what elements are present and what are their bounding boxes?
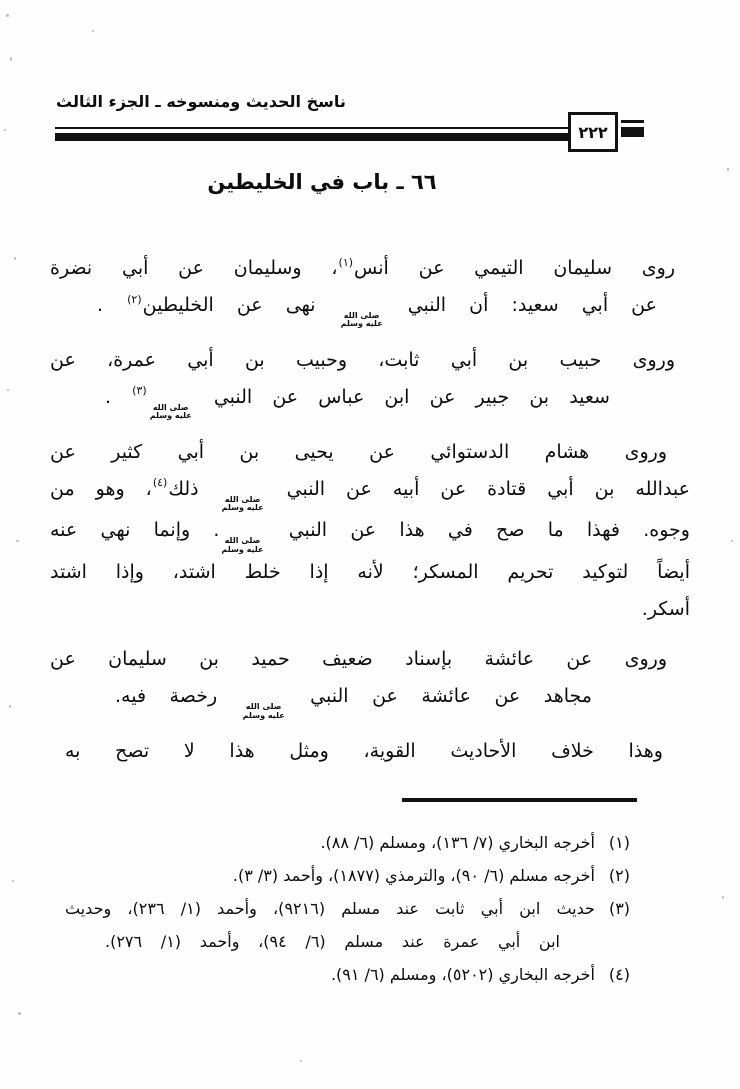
scan-speck <box>12 880 14 882</box>
text-line: أيضاً لتوكيد تحريم المسكر؛ لأنه إذا خلط … <box>50 554 690 591</box>
text-line: سعيد بن جبير عن ابن عباس عن النبي صلى ال… <box>50 379 690 421</box>
page-number-box: ٢٢٢ <box>568 112 618 152</box>
scan-speck <box>731 540 733 542</box>
scan-speck <box>10 57 12 61</box>
header-dash-thick <box>621 127 644 137</box>
salawat-line: عليه وسلم <box>150 412 192 420</box>
footnote-ref: (١) <box>339 256 354 269</box>
salawat-emblem: صلى اللهعليه وسلم <box>221 537 263 554</box>
salawat-emblem: صلى اللهعليه وسلم <box>243 703 285 720</box>
text-line: وجوه. فهذا ما صح في هذا عن النبي صلى الل… <box>50 512 690 554</box>
chapter-title: ٦٦ ـ باب في الخليطين <box>55 170 589 194</box>
salawat-emblem: صلى اللهعليه وسلم <box>222 496 264 513</box>
footnote-ref: (٣) <box>132 384 147 397</box>
text-line: أسكر. <box>50 591 690 628</box>
footnotes: (١)أخرجه البخاري (٧/ ١٣٦)، ومسلم (٦/ ٨٨)… <box>50 826 630 991</box>
footnote: (٣)حديث ابن أبي ثابت عند مسلم (٩٢١٦)، وأ… <box>50 892 630 958</box>
footnote-ref: (٢) <box>127 293 142 306</box>
paragraph: وهذا خلاف الأحاديث القوية، ومثل هذا لا ت… <box>50 733 690 770</box>
page-number: ٢٢٢ <box>578 123 607 142</box>
footnote: (١)أخرجه البخاري (٧/ ١٣٦)، ومسلم (٦/ ٨٨)… <box>50 826 630 859</box>
paragraph: روى سليمان التيمي عن أنس(١)، وسليمان عن … <box>50 250 690 329</box>
scan-speck <box>92 30 94 32</box>
scan-speck <box>9 705 11 708</box>
footnote-line: (١)أخرجه البخاري (٧/ ١٣٦)، ومسلم (٦/ ٨٨)… <box>50 826 630 859</box>
text-line: وروى هشام الدستوائي عن يحيى بن أبي كثير … <box>50 434 690 471</box>
scan-speck <box>7 389 9 391</box>
salawat-line: عليه وسلم <box>243 712 285 720</box>
footnote-separator <box>402 798 637 802</box>
footnote-marker: (٢) <box>609 866 630 885</box>
footnote: (٢)أخرجه مسلم (٦/ ٩٠)، والترمذي (١٨٧٧)، … <box>50 859 630 892</box>
body-text: روى سليمان التيمي عن أنس(١)، وسليمان عن … <box>50 250 690 783</box>
paragraph: وروى عن عائشة بإسناد ضعيف حميد بن سليمان… <box>50 641 690 720</box>
salawat-line: عليه وسلم <box>222 504 264 512</box>
footnote-ref: (٤) <box>153 476 168 489</box>
text-line: وروى عن عائشة بإسناد ضعيف حميد بن سليمان… <box>50 641 690 678</box>
text-line: مجاهد عن عائشة عن النبي صلى اللهعليه وسل… <box>50 678 690 720</box>
footnote-line: (٤)أخرجه البخاري (٥٢٠٢)، ومسلم (٦/ ٩١). <box>50 958 630 991</box>
header-rule-thick <box>55 133 568 141</box>
scan-speck <box>14 257 16 260</box>
salawat-line: عليه وسلم <box>341 320 383 328</box>
scan-speck <box>18 1012 21 1015</box>
footnote: (٤)أخرجه البخاري (٥٢٠٢)، ومسلم (٦/ ٩١). <box>50 958 630 991</box>
running-title: ناسخ الحديث ومنسوخه ـ الجزء الثالث <box>56 92 346 111</box>
paragraph: وروى حبيب بن أبي ثابت، وحبيب بن أبي عمرة… <box>50 342 690 421</box>
footnote-line: ابن أبي عمرة عند مسلم (٦/ ٩٤)، وأحمد (١/… <box>50 925 630 958</box>
footnote-line: (٣)حديث ابن أبي ثابت عند مسلم (٩٢١٦)، وأ… <box>50 892 630 925</box>
scan-speck <box>4 129 6 131</box>
scan-speck <box>16 540 19 542</box>
text-line: عن أبي سعيد: أن النبي صلى اللهعليه وسلم … <box>50 287 690 329</box>
paragraph: وروى هشام الدستوائي عن يحيى بن أبي كثير … <box>50 434 690 629</box>
footnote-marker: (١) <box>609 833 630 852</box>
footnote-marker: (٣) <box>609 899 630 918</box>
book-page: ناسخ الحديث ومنسوخه ـ الجزء الثالث ٢٢٢ ٦… <box>0 0 740 1089</box>
scan-speck <box>722 896 724 899</box>
scan-speck <box>727 168 729 171</box>
salawat-emblem: صلى اللهعليه وسلم <box>341 312 383 329</box>
text-line: وروى حبيب بن أبي ثابت، وحبيب بن أبي عمرة… <box>50 342 690 379</box>
salawat-emblem: صلى اللهعليه وسلم <box>150 404 192 421</box>
footnote-marker: (٤) <box>609 965 630 984</box>
scan-speck <box>300 1060 302 1062</box>
text-line: وهذا خلاف الأحاديث القوية، ومثل هذا لا ت… <box>50 733 690 770</box>
footnote-line: (٢)أخرجه مسلم (٦/ ٩٠)، والترمذي (١٨٧٧)، … <box>50 859 630 892</box>
header-rule-thin <box>55 127 568 129</box>
scan-speck <box>6 14 9 17</box>
text-line: عبدالله بن أبي قتادة عن أبيه عن النبي صل… <box>50 471 690 513</box>
salawat-line: عليه وسلم <box>221 546 263 554</box>
header-dash-thin <box>621 120 644 123</box>
text-line: روى سليمان التيمي عن أنس(١)، وسليمان عن … <box>50 250 690 287</box>
